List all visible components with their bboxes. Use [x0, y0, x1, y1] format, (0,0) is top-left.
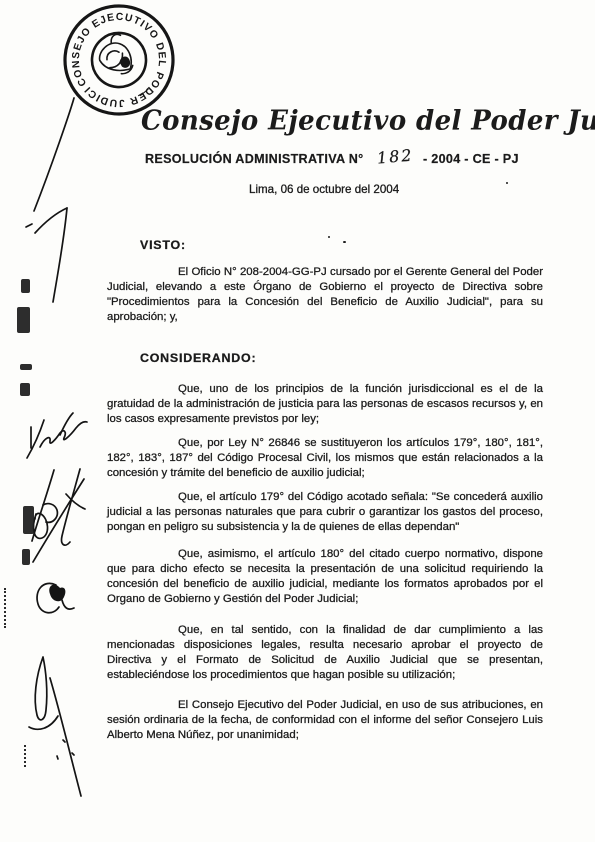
- visto-paragraph: El Oficio N° 208-2004-GG-PJ cursado por …: [107, 265, 543, 325]
- resolution-number-line: RESOLUCIÓN ADMINISTRATIVA N°182- 2004 - …: [145, 148, 519, 167]
- resolution-number-handwritten: 182: [377, 145, 415, 167]
- dateline: Lima, 06 de octubre del 2004: [249, 183, 399, 196]
- margin-signature-1: [27, 413, 87, 458]
- margin-signature-4: [29, 657, 81, 796]
- scan-dotted-line: [24, 745, 26, 767]
- considerando-paragraph: Que, uno de los principios de la función…: [107, 382, 543, 427]
- scan-smudge: [20, 383, 30, 396]
- considerando-paragraph: Que, asimismo, el artículo 180° del cita…: [107, 547, 543, 607]
- scan-smudge: [23, 506, 34, 534]
- scan-smudge: [20, 364, 32, 370]
- closing-paragraph: El Consejo Ejecutivo del Poder Judicial,…: [107, 698, 543, 743]
- scan-speck: [328, 236, 330, 238]
- considerando-paragraph: Que, por Ley N° 26846 se sustituyeron lo…: [107, 436, 543, 481]
- scan-dotted-line: [4, 588, 6, 628]
- scanned-resolution-page: CONSEJO EJECUTIVO DEL PODER JUDICIAL — C…: [0, 0, 595, 842]
- considerando-paragraph: Que, en tal sentido, con la finalidad de…: [107, 623, 543, 683]
- margin-signature-3: [37, 583, 74, 612]
- scan-speck: [506, 182, 508, 184]
- resolution-prefix: RESOLUCIÓN ADMINISTRATIVA N°: [145, 152, 363, 166]
- scan-smudge: [22, 549, 30, 565]
- resolution-suffix: - 2004 - CE - PJ: [423, 152, 519, 166]
- considerando-heading: CONSIDERANDO:: [140, 351, 543, 366]
- page-title-script: Consejo Ejecutivo del Poder Judicial: [141, 105, 541, 136]
- scan-smudge: [21, 279, 30, 293]
- considerando-paragraph: Que, el artículo 179° del Código acotado…: [107, 490, 543, 535]
- margin-signature-2: [32, 469, 85, 562]
- scan-speck: [343, 241, 346, 243]
- visto-heading: VISTO:: [140, 238, 543, 253]
- scan-smudge: [17, 307, 30, 333]
- document-body: VISTO: El Oficio N° 208-2004-GG-PJ cursa…: [107, 238, 543, 743]
